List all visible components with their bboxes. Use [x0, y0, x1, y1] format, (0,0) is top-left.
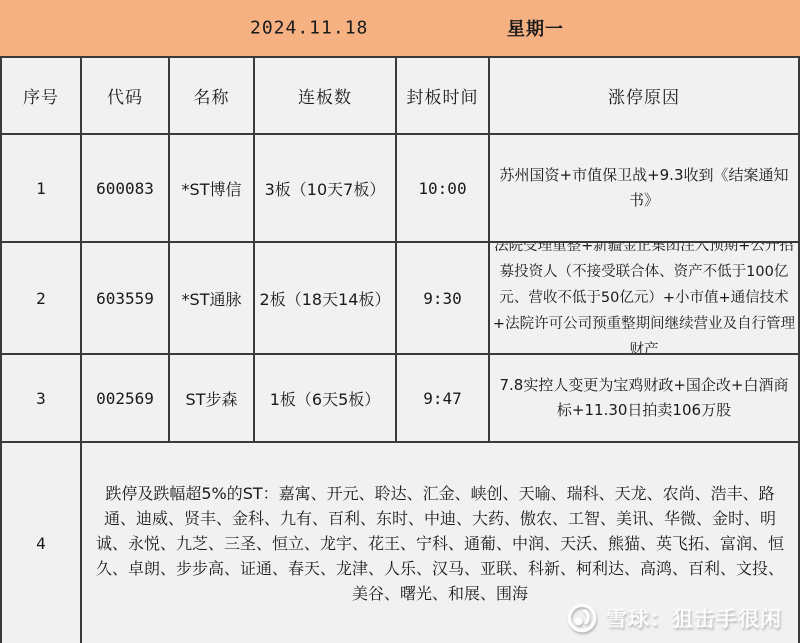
cell-seal-time: 9:47: [397, 355, 490, 443]
header-cell-name: 名称: [170, 58, 255, 135]
cell-code: 603559: [82, 243, 170, 355]
cell-st-drop-list: 跌停及跌幅超5%的ST：嘉寓、开元、聆达、汇金、峡创、天喻、瑞科、天龙、农尚、浩…: [82, 443, 800, 643]
cell-no: 4: [2, 443, 82, 643]
header-cell-code: 代码: [82, 58, 170, 135]
cell-boards: 2板（18天14板）: [255, 243, 397, 355]
cell-boards: 1板（6天5板）: [255, 355, 397, 443]
cell-stock-name: *ST博信: [170, 135, 255, 243]
date-banner: 2024.11.18 星期一: [0, 0, 800, 58]
cell-boards: 3板（10天7板）: [255, 135, 397, 243]
banner-weekday: 星期一: [507, 15, 564, 41]
header-cell-reason: 涨停原因: [490, 58, 800, 135]
header-cell-boards: 连板数: [255, 58, 397, 135]
page: 2024.11.18 星期一 序号 代码 名称 连板数 封板时间 涨停原因 1 …: [0, 0, 800, 643]
cell-reason: 法院受理重整+新疆金正集团注入预期+公开招募投资人（不接受联合体、资产不低于10…: [490, 243, 800, 355]
cell-stock-name: *ST通脉: [170, 243, 255, 355]
cell-stock-name: ST步森: [170, 355, 255, 443]
header-cell-seal-time: 封板时间: [397, 58, 490, 135]
cell-reason: 苏州国资+市值保卫战+9.3收到《结案通知书》: [490, 135, 800, 243]
cell-reason: 7.8实控人变更为宝鸡财政+国企改+白酒商标+11.30日拍卖106万股: [490, 355, 800, 443]
cell-seal-time: 9:30: [397, 243, 490, 355]
cell-no: 1: [2, 135, 82, 243]
cell-no: 3: [2, 355, 82, 443]
cell-no: 2: [2, 243, 82, 355]
banner-date: 2024.11.18: [250, 18, 368, 39]
cell-code: 600083: [82, 135, 170, 243]
cell-code: 002569: [82, 355, 170, 443]
cell-seal-time: 10:00: [397, 135, 490, 243]
limit-up-table: 序号 代码 名称 连板数 封板时间 涨停原因 1 600083 *ST博信 3板…: [0, 58, 800, 643]
header-cell-no: 序号: [2, 58, 82, 135]
